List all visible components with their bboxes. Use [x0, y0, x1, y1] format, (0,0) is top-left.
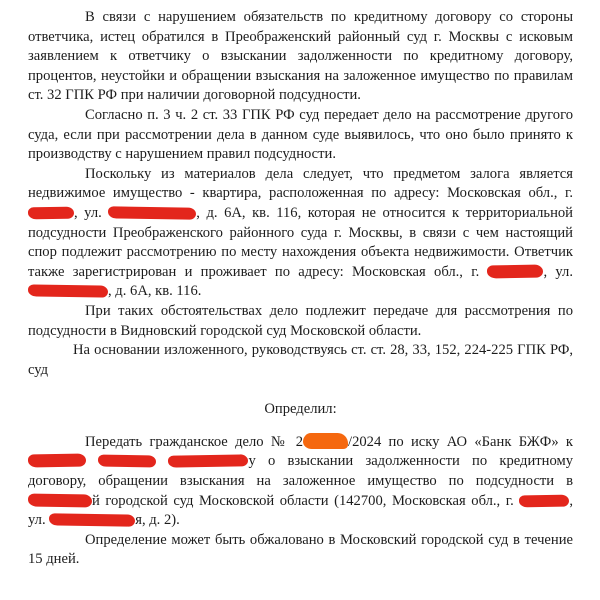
- redaction-city-3: [519, 494, 569, 507]
- paragraph-transfer-order: Передать гражданское дело № 2/2024 по ис…: [28, 433, 573, 531]
- order-separator-1: [86, 453, 98, 469]
- redaction-patronymic: [168, 455, 248, 468]
- ruling-heading: Определил:: [28, 400, 573, 420]
- paragraph-intro-text: В связи с нарушением обязательств по кре…: [28, 9, 573, 103]
- paragraph-intro: В связи с нарушением обязательств по кре…: [28, 8, 573, 106]
- ruling-heading-text: Определил:: [264, 401, 336, 417]
- redaction-first-name: [98, 455, 156, 468]
- collateral-text-4: , ул.: [543, 264, 573, 280]
- court-ruling-document: В связи с нарушением обязательств по кре…: [0, 0, 600, 600]
- paragraph-gpk-article-33: Согласно п. 3 ч. 2 ст. 33 ГПК РФ суд пер…: [28, 106, 573, 165]
- collateral-text-1: Поскольку из материалов дела следует, чт…: [28, 166, 573, 202]
- order-separator-2: [156, 453, 168, 469]
- order-text-2: /2024 по иску АО «Банк БЖФ» к: [348, 434, 573, 450]
- paragraph-appeal-text: Определение может быть обжаловано в Моск…: [28, 532, 573, 568]
- paragraph-transfer-conclusion: При таких обстоятельствах дело подлежит …: [28, 302, 573, 341]
- redaction-case-number: [303, 433, 348, 449]
- paragraph-appeal: Определение может быть обжаловано в Моск…: [28, 531, 573, 570]
- redaction-city-1: [28, 207, 74, 220]
- paragraph-gpk-article-33-text: Согласно п. 3 ч. 2 ст. 33 ГПК РФ суд пер…: [28, 107, 573, 162]
- order-text-6: я, д. 2).: [135, 512, 180, 528]
- collateral-text-5: , д. 6А, кв. 116.: [108, 283, 201, 299]
- order-text-4: й городской суд Московской области (1427…: [92, 493, 519, 509]
- redaction-surname: [28, 454, 86, 468]
- order-text-1: Передать гражданское дело № 2: [85, 434, 303, 450]
- paragraph-legal-basis: На основании изложенного, руководствуясь…: [28, 341, 573, 380]
- redaction-street-3: [49, 514, 135, 527]
- redaction-court-name: [28, 493, 92, 507]
- paragraph-transfer-conclusion-text: При таких обстоятельствах дело подлежит …: [28, 303, 573, 339]
- paragraph-collateral-address: Поскольку из материалов дела следует, чт…: [28, 165, 573, 302]
- redaction-street-1: [108, 206, 196, 219]
- paragraph-legal-basis-text: На основании изложенного, руководствуясь…: [28, 342, 573, 378]
- redaction-city-2: [487, 264, 543, 278]
- collateral-text-2: , ул.: [74, 205, 108, 221]
- redaction-street-2: [28, 285, 108, 298]
